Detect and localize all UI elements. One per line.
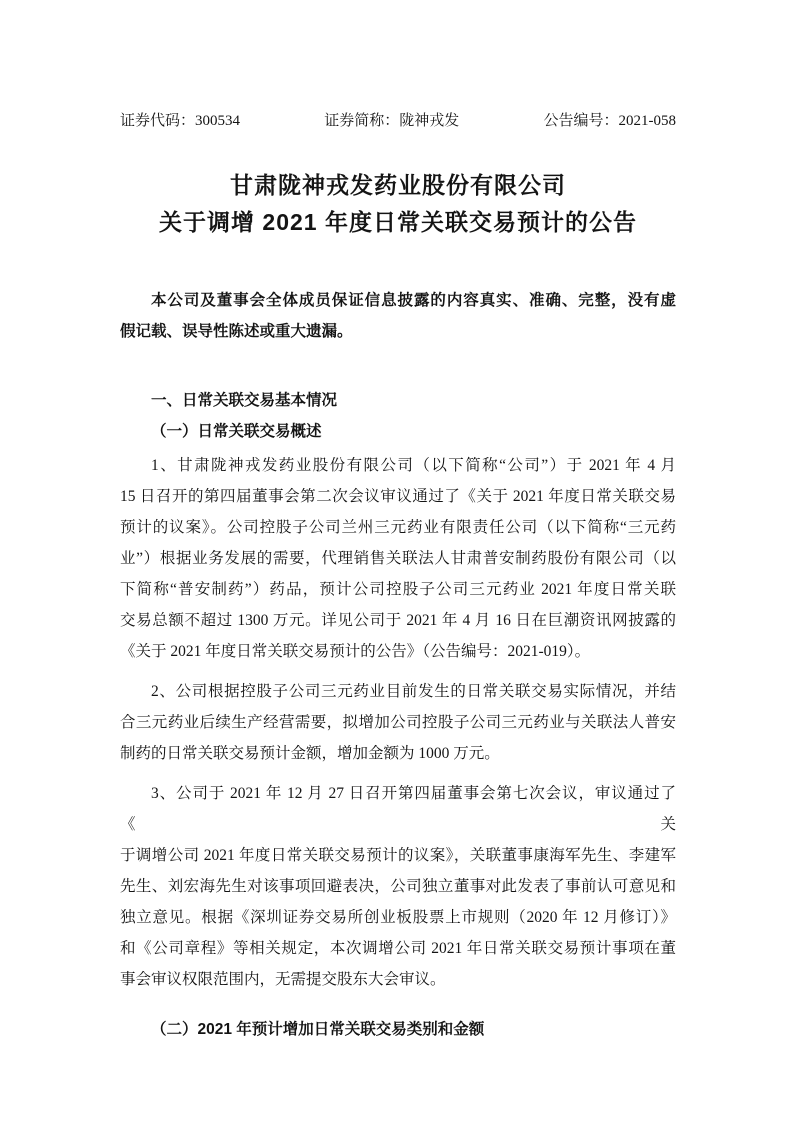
stock-name: 证券简称：陇神戎发: [324, 111, 459, 131]
text-line: 独立意见。根据《深圳证券交易所创业板股票上市规则（2020 年 12 月修订）》: [120, 902, 676, 933]
text-line: 本公司及董事会全体成员保证信息披露的内容真实、准确、完整，没有虚: [120, 285, 676, 316]
section-heading-basic-situation: 一、日常关联交易基本情况: [120, 385, 676, 416]
text-line: 预计的议案》。公司控股子公司兰州三元药业有限责任公司（以下简称“三元药: [120, 512, 676, 543]
document-title-line1: 甘肃陇神戎发药业股份有限公司: [120, 167, 676, 204]
subsection-heading-categories-amounts: （二）2021 年预计增加日常关联交易类别和金额: [120, 1014, 676, 1045]
text-line: 制药的日常关联交易预计金额，增加金额为 1000 万元。: [120, 738, 676, 769]
text-line: 合三元药业后续生产经营需要，拟增加公司控股子公司三元药业与关联法人普安: [120, 707, 676, 738]
text-line: 先生、刘宏海先生对该事项回避表决，公司独立董事对此发表了事前认可意见和: [120, 871, 676, 902]
document-title: 甘肃陇神戎发药业股份有限公司 关于调增 2021 年度日常关联交易预计的公告: [120, 167, 676, 241]
text-line: 事会审议权限范围内，无需提交股东大会审议。: [120, 964, 676, 995]
notice-paragraph: 本公司及董事会全体成员保证信息披露的内容真实、准确、完整，没有虚假记载、误导性陈…: [120, 285, 676, 347]
subsection-heading-overview: （一）日常关联交易概述: [120, 416, 676, 447]
text-line: 下简称“普安制药”）药品，预计公司控股子公司三元药业 2021 年度日常关联: [120, 574, 676, 605]
paragraph-1: 1、甘肃陇神戎发药业股份有限公司（以下简称“公司”）于 2021 年 4 月15…: [120, 450, 676, 667]
text-line: 2、公司根据控股子公司三元药业目前发生的日常关联交易实际情况，并结: [120, 676, 676, 707]
text-line: 交易总额不超过 1300 万元。详见公司于 2021 年 4 月 16 日在巨潮…: [120, 605, 676, 636]
document-content: 证券代码：300534 证券简称：陇神戎发 公告编号：2021-058 甘肃陇神…: [0, 0, 793, 1122]
document-page: 证券代码：300534 证券简称：陇神戎发 公告编号：2021-058 甘肃陇神…: [0, 0, 793, 1122]
paragraph-3: 3、公司于 2021 年 12 月 27 日召开第四届董事会第七次会议，审议通过…: [120, 778, 676, 995]
text-line: 于调增公司 2021 年度日常关联交易预计的议案》，关联董事康海军先生、李建军: [120, 840, 676, 871]
document-header: 证券代码：300534 证券简称：陇神戎发 公告编号：2021-058: [120, 111, 676, 131]
text-line: 3、公司于 2021 年 12 月 27 日召开第四届董事会第七次会议，审议通过…: [120, 778, 676, 840]
paragraph-2: 2、公司根据控股子公司三元药业目前发生的日常关联交易实际情况，并结合三元药业后续…: [120, 676, 676, 769]
text-line: 15 日召开的第四届董事会第二次会议审议通过了《关于 2021 年度日常关联交易: [120, 481, 676, 512]
text-line: 业”）根据业务发展的需要，代理销售关联法人甘肃普安制药股份有限公司（以: [120, 543, 676, 574]
text-line: 1、甘肃陇神戎发药业股份有限公司（以下简称“公司”）于 2021 年 4 月: [120, 450, 676, 481]
announcement-number: 公告编号：2021-058: [544, 111, 677, 131]
text-line: 假记载、误导性陈述或重大遗漏。: [120, 316, 676, 347]
text-line: 《关于 2021 年度日常关联交易预计的公告》（公告编号：2021-019）。: [120, 636, 676, 667]
text-line: 和《公司章程》等相关规定，本次调增公司 2021 年日常关联交易预计事项在董: [120, 933, 676, 964]
stock-code: 证券代码：300534: [120, 111, 240, 131]
document-title-line2: 关于调增 2021 年度日常关联交易预计的公告: [120, 204, 676, 241]
